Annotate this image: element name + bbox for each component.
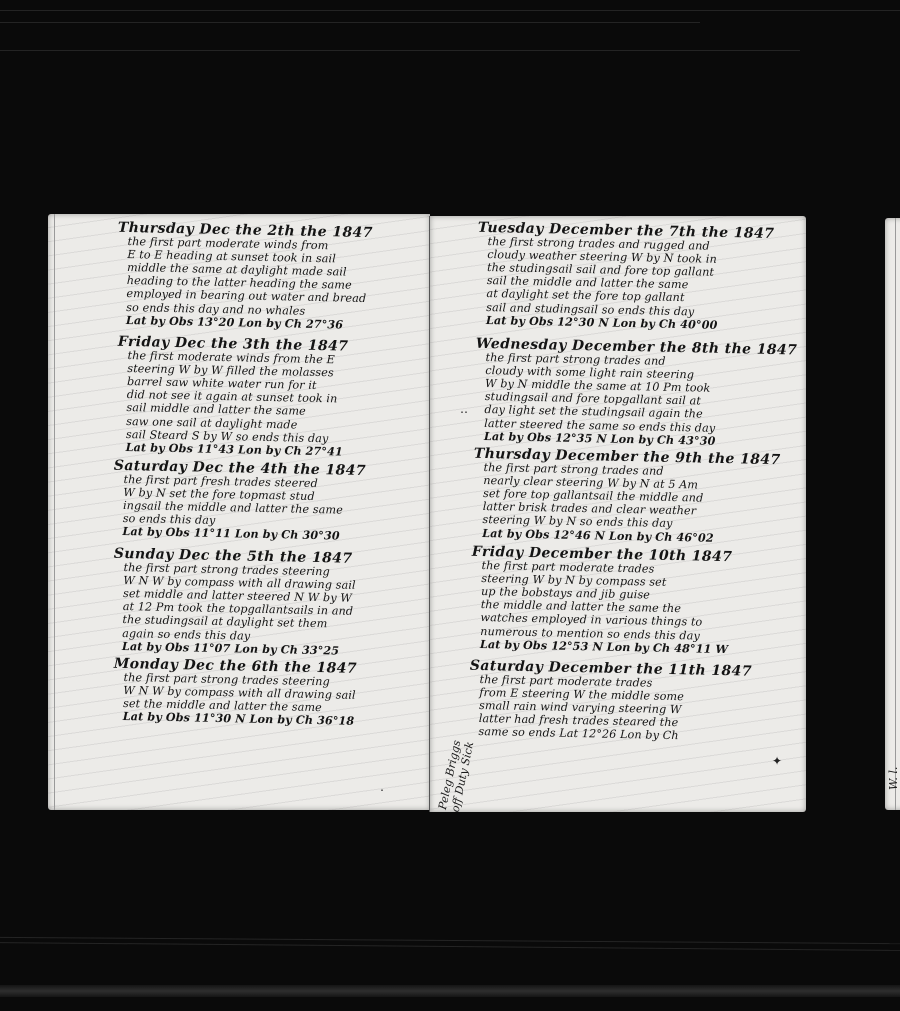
log-entry-dec-9: Thursday December the 9th the 1847 the f… <box>482 448 781 546</box>
page-margin-line <box>895 218 896 810</box>
log-entry-dec-6: Monday Dec the 6th the 1847 the first pa… <box>123 658 358 728</box>
film-edge-band <box>0 985 900 997</box>
film-scratch <box>0 50 800 51</box>
page-margin-line <box>54 214 55 810</box>
ink-mark: ․․ <box>460 402 468 416</box>
log-entry-dec-11: Saturday December the 11th 1847 the firs… <box>478 660 752 744</box>
next-page-fragment: W. l. <box>887 767 900 790</box>
ink-mark: ✦ <box>772 754 782 768</box>
log-entry-dec-3: Friday Dec the 3th the 1847 the first mo… <box>126 336 349 458</box>
log-entry-dec-7: Tuesday December the 7th the 1847 the fi… <box>486 222 775 333</box>
log-entry-dec-5: Sunday Dec the 5th the 1847 the first pa… <box>122 548 357 658</box>
log-entry-dec-8: Wednesday December the 8th the 1847 the … <box>484 338 798 449</box>
log-entry-dec-2: Thursday Dec the 2th the 1847 the first … <box>126 222 373 332</box>
log-entry-dec-10: Friday December the 10th 1847 the first … <box>480 546 733 656</box>
log-entry-dec-4: Saturday Dec the 4th the 1847 the first … <box>122 460 366 544</box>
film-scratch <box>0 10 900 11</box>
film-scratch <box>0 22 700 23</box>
film-scratch <box>0 942 900 951</box>
ink-mark: ․ <box>380 780 384 794</box>
next-page-edge <box>885 218 900 810</box>
